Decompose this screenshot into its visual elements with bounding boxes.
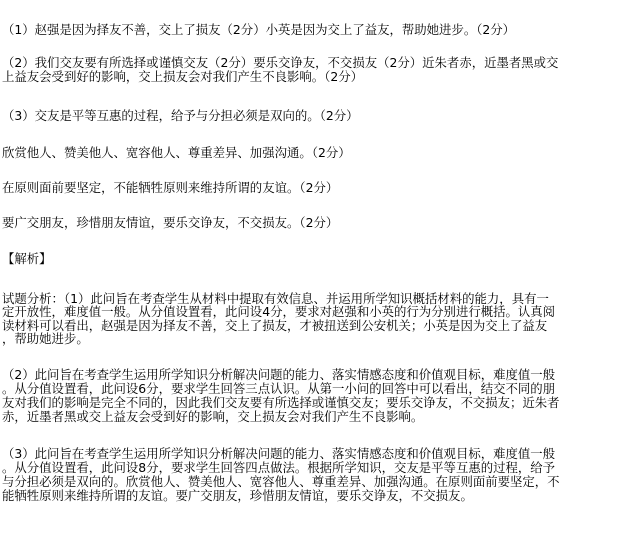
analysis-2-line-1: （2）此问旨在考查学生运用所学知识分析解决问题的能力、落实情感态度和价值观目标，…	[2, 368, 555, 382]
analysis-heading: 【解析】	[2, 252, 52, 266]
analysis-2-line-3: 友对我们的影响是完全不同的，因此我们交友要有所选择或谨慎交友；要乐交诤友，不交损…	[2, 396, 560, 410]
analysis-3-line-1: （3）此问旨在考查学生运用所学知识分析解决问题的能力、落实情感态度和价值观目标，…	[2, 447, 555, 461]
analysis-3-line-2: 。从分值设置看，此问设8分，要求学生回答四点做法。根据所学知识，交友是平等互惠的…	[2, 461, 555, 475]
answer-3b-line-1: 欣赏他人、赞美他人、宽容他人、尊重差异、加强沟通。（2分）	[2, 146, 351, 160]
analysis-3-line-3: 与分担必须是双向的。欣赏他人、赞美他人、宽容他人、尊重差异、加强沟通。在原则面前…	[2, 475, 560, 489]
answer-1-line-1: （1）赵强是因为择友不善，交上了损友（2分）小英是因为交上了益友，帮助她进步。（…	[2, 23, 515, 37]
analysis-2-line-4: 赤，近墨者黑或交上益友会受到好的影响，交上损友会对我们产生不良影响。	[2, 410, 423, 424]
answer-2-line-1: （2）我们交友要有所选择或谨慎交友（2分）要乐交诤友，不交损友（2分）近朱者赤，…	[2, 56, 558, 70]
analysis-1-line-2: 定开放性，难度值一般。从分值设置看，此问设4分，要求对赵强和小英的行为分别进行概…	[2, 305, 555, 319]
answer-3-line-1: （3）交友是平等互惠的过程，给予与分担必须是双向的。（2分）	[2, 109, 359, 123]
analysis-3-line-4: 能牺牲原则来维持所谓的友谊。要广交朋友，珍惜朋友情谊，要乐交诤友，不交损友。	[2, 489, 473, 503]
analysis-1-line-4: ，帮助她进步。	[2, 332, 89, 346]
answer-2-line-2: 上益友会受到好的影响，交上损友会对我们产生不良影响。（2分）	[2, 70, 363, 84]
analysis-2-line-2: 。从分值设置看，此问设6分，要求学生回答三点认识。从第一小问的回答中可以看出，结…	[2, 382, 555, 396]
answer-3c-line-1: 在原则面前要坚定，不能牺牲原则来维持所谓的友谊。（2分）	[2, 181, 338, 195]
answer-3d-line-1: 要广交朋友，珍惜朋友情谊，要乐交诤友，不交损友。（2分）	[2, 216, 338, 230]
